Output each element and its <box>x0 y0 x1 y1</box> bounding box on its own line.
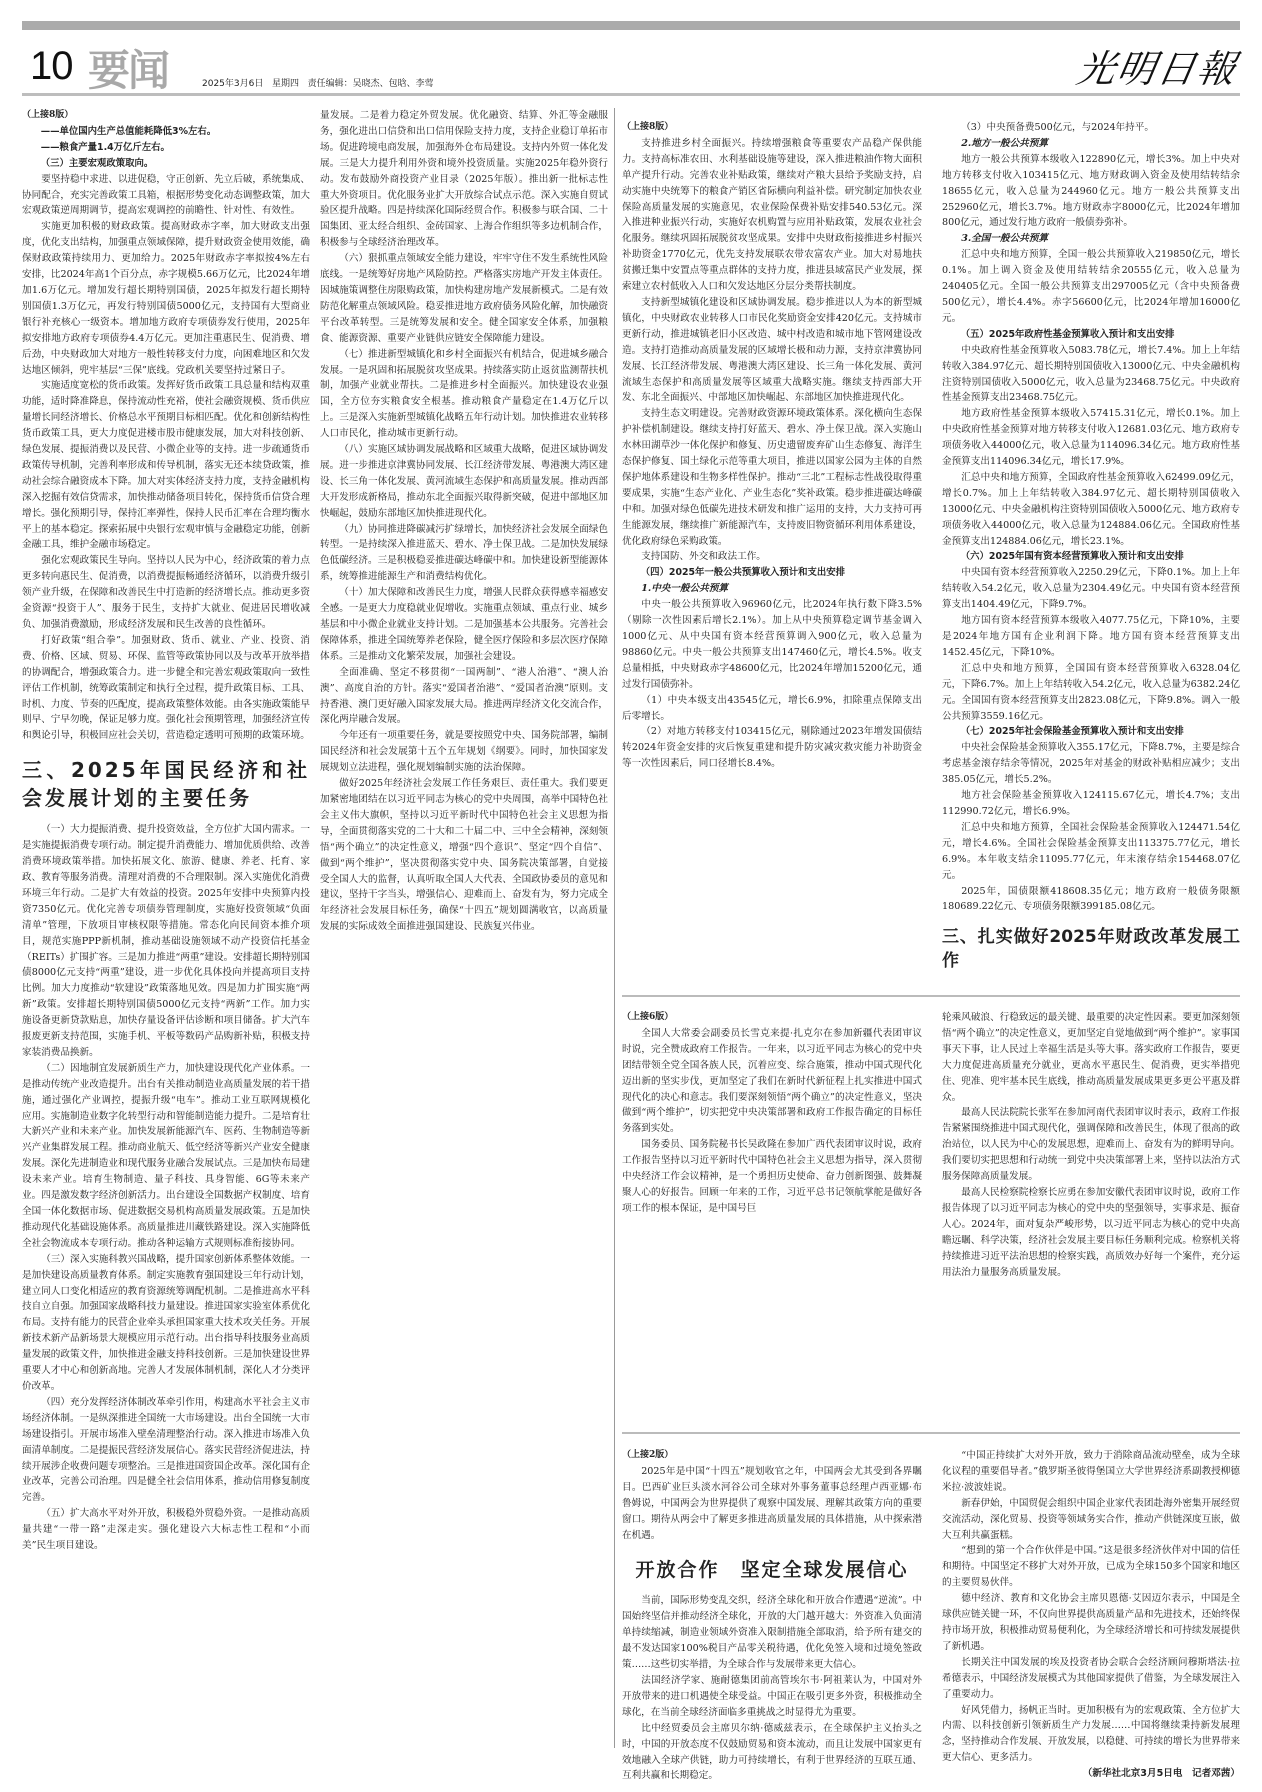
paragraph: 实施更加积极的财政政策。提高财政赤字率，加大财政支出强度，优化支出结构，加强重点… <box>22 219 310 378</box>
paragraph: 今年还有一项重要任务，就是要按照党中央、国务院部署，编制国民经济和社会发展第十五… <box>320 728 608 776</box>
paragraph: 德中经济、教育和文化协会主席贝恩德·艾因迈尔表示，中国是全球供应链关键一环，不仅… <box>942 1591 1240 1655</box>
dateline: （新华社北京3月5日电 记者邓茜） <box>942 1766 1240 1782</box>
paragraph: 支持国防、外交和政法工作。 <box>622 549 922 565</box>
subhead: 2.地方一般公共预算 <box>942 136 1240 152</box>
paragraph: 国务委员、国务院秘书长吴政隆在参加广西代表团审议时说，政府工作报告坚持以习近平新… <box>622 1137 922 1217</box>
subhead: 3.全国一般公共预算 <box>942 231 1240 247</box>
paragraph: “中国正持续扩大对外开放，致力于消除商品流动壁垒，成为全球化议程的重要倡导者。”… <box>942 1448 1240 1496</box>
paragraph: 打好政策“组合拳”。加强财政、货币、就业、产业、投资、消费、价格、区域、贸易、环… <box>22 633 310 744</box>
paragraph: 2025年，国债限额418608.35亿元；地方政府一般债务限额180689.2… <box>942 884 1240 916</box>
masthead-bottom-bar <box>22 93 1240 96</box>
masthead: 10 要闻 2025年3月6日 星期四 责任编辑：吴晓杰、包晗、李莺 光明日報 <box>22 34 1240 92</box>
subhead: 1.中央一般公共预算 <box>622 581 922 597</box>
article-divider <box>622 1432 1240 1434</box>
page-number: 10 <box>30 44 73 89</box>
paragraph: 好风凭借力，扬帆正当时。更加积极有为的宏观政策、全方位扩大内需、以科技创新引领新… <box>942 1703 1240 1767</box>
paragraph: 新春伊始，中国贸促会组织中国企业家代表团赴海外密集开展经贸交流活动，深化贸易、投… <box>942 1496 1240 1544</box>
paragraph: 长期关注中国发展的埃及投资者协会联合会经济顾问穆斯塔法·拉希德表示，中国经济发展… <box>942 1655 1240 1703</box>
paragraph: “想到的第一个合作伙伴是中国。”这是很多经济伙伴对中国的信任和期待。中国坚定不移… <box>942 1543 1240 1591</box>
paragraph: 全面准确、坚定不移贯彻“一国两制”、“港人治港”、“澳人治澳”、高度自治的方针。… <box>320 665 608 729</box>
article2-right: 轮乘风破浪、行稳致远的最关键、最重要的决定性因素。要更加深刻领悟“两个确立”的决… <box>942 1010 1240 1420</box>
paragraph: 实施适度宽松的货币政策。发挥好货币政策工具总量和结构双重功能，适时降准降息，保持… <box>22 378 310 553</box>
section-heading: 三、2025年国民经济和社会发展计划的主要任务 <box>22 756 310 812</box>
budget-column-4: （3）中央预备费500亿元，与2024年持平。 2.地方一般公共预算 地方一般公… <box>942 120 1240 980</box>
subhead: （六）2025年国有资本经营预算收入预计和支出安排 <box>942 549 1240 565</box>
continued-label: （上接8版） <box>22 108 310 124</box>
paragraph: 法国经济学家、施耐德集团前高管埃尔韦·阿祖莱认为，中国对外开放带来的进口机遇使全… <box>622 1673 922 1721</box>
paragraph: 汇总中央和地方预算，全国政府性基金预算收入62499.09亿元，增长0.7%。加… <box>942 470 1240 550</box>
paragraph: 中央社会保险基金预算收入355.17亿元，下降8.7%，主要是综合考虑基金滚存结… <box>942 740 1240 788</box>
report-column-1: （上接8版） ——单位国内生产总值能耗降低3%左右。 ——粮食产量1.4万亿斤左… <box>22 108 310 1784</box>
paragraph: （三）深入实施科教兴国战略，提升国家创新体系整体效能。一是加快建设高质量教育体系… <box>22 1252 310 1395</box>
paragraph: 比中经贸委员会主席贝尔纳·德威兹表示，在全球保护主义抬头之时，中国的开放态度不仅… <box>622 1721 922 1785</box>
continued-label: （上接8版） <box>622 120 922 136</box>
paragraph: 地方国有资本经营预算本级收入4077.75亿元，下降10%，主要是2024年地方… <box>942 613 1240 661</box>
issue-date: 2025年3月6日 <box>202 79 263 89</box>
article-divider <box>622 995 1240 997</box>
paragraph: 汇总中央和地方预算，全国社会保险基金预算收入124471.54亿元，增长4.6%… <box>942 820 1240 884</box>
budget-column-3: （上接8版） 支持推进乡村全面振兴。持续增强粮食等重要农产品稳产保供能力。支持高… <box>622 120 922 980</box>
paragraph: 支持新型城镇化建设和区域协调发展。稳步推进以人为本的新型城镇化，中央财政农业转移… <box>622 295 922 406</box>
target-bullet: ——单位国内生产总值能耗降低3%左右。 <box>22 124 310 140</box>
paragraph: 支持生态文明建设。完善财政资源环境政策体系。深化横向生态保护补偿机制建设。继续支… <box>622 406 922 549</box>
subhead: （七）2025年社会保险基金预算收入预计和支出安排 <box>942 724 1240 740</box>
paragraph: 最高人民检察院检察长应勇在参加安徽代表团审议时说，政府工作报告体现了以习近平同志… <box>942 1185 1240 1280</box>
paragraph: 全国人大常委会副委员长雪克来提·扎克尔在参加新疆代表团审议时说，完全赞成政府工作… <box>622 1026 922 1137</box>
paragraph: 汇总中央和地方预算，全国一般公共预算收入219850亿元，增长0.1%。加上调入… <box>942 247 1240 327</box>
paragraph: 2025年是中国“十四五”规划收官之年，中国两会尤其受到各界瞩目。巴西矿业巨头淡… <box>622 1464 922 1544</box>
subhead: （四）2025年一般公共预算收入预计和支出安排 <box>622 565 922 581</box>
paragraph: （1）中央本级支出43545亿元，增长6.9%，扣除重点保障支出后零增长。 <box>622 693 922 725</box>
paragraph: 汇总中央和地方预算，全国国有资本经营预算收入6328.04亿元，下降6.7%。加… <box>942 661 1240 725</box>
paragraph: （2）对地方转移支付103415亿元，剔除通过2023年增发国债结转2024年资… <box>622 724 922 772</box>
issue-meta: 2025年3月6日 星期四 责任编辑：吴晓杰、包晗、李莺 <box>202 76 434 89</box>
paragraph: （二）因地制宜发展新质生产力，加快建设现代化产业体系。一是推动传统产业改造提升。… <box>22 1061 310 1252</box>
column-divider <box>614 108 615 1748</box>
paragraph: 地方一般公共预算本级收入122890亿元，增长3%。加上中央对地方转移支付收入1… <box>942 152 1240 232</box>
article3-left: （上接2版） 2025年是中国“十四五”规划收官之年，中国两会尤其受到各界瞩目。… <box>622 1448 922 1788</box>
paragraph: 强化宏观政策民生导向。坚持以人民为中心，经济政策的着力点更多转向惠民生、促消费，… <box>22 553 310 633</box>
masthead-top-bar <box>22 21 1240 30</box>
paragraph: （一）大力提振消费、提升投资效益，全方位扩大国内需求。一是实施提振消费专项行动。… <box>22 822 310 1061</box>
paragraph: （八）实施区域协调发展战略和区域重大战略，促进区域协调发展。进一步推进京津冀协同… <box>320 442 608 522</box>
paragraph: （3）中央预备费500亿元，与2024年持平。 <box>942 120 1240 136</box>
paragraph: 最高人民法院院长张军在参加河南代表团审议时表示，政府工作报告紧紧围绕推进中国式现… <box>942 1105 1240 1185</box>
editors: 责任编辑：吴晓杰、包晗、李莺 <box>308 79 434 89</box>
newspaper-logo: 光明日報 <box>1073 38 1243 93</box>
paragraph: 支持推进乡村全面振兴。持续增强粮食等重要农产品稳产保供能力。支持高标准农田、水利… <box>622 136 922 295</box>
section-name: 要闻 <box>88 38 168 98</box>
paragraph: （六）狠抓重点领域安全能力建设，牢牢守住不发生系统性风险底线。一是统筹好房地产风… <box>320 251 608 346</box>
continued-label: （上接6版） <box>622 1010 922 1026</box>
article2-left: （上接6版） 全国人大常委会副委员长雪克来提·扎克尔在参加新疆代表团审议时说，完… <box>622 1010 922 1420</box>
paragraph: 中央国有资本经营预算收入2250.29亿元，下降0.1%。加上上年结转收入54.… <box>942 565 1240 613</box>
paragraph: （七）推进新型城镇化和乡村全面振兴有机结合，促进城乡融合发展。一是巩固和拓展脱贫… <box>320 347 608 442</box>
paragraph: 要坚持稳中求进、以进促稳，守正创新、先立后破，系统集成、协同配合，充实完善政策工… <box>22 172 310 220</box>
paragraph: （九）协同推进降碳减污扩绿增长，加快经济社会发展全面绿色转型。一是持续深入推进蓝… <box>320 522 608 586</box>
report-column-2: 量发展。二是着力稳定外贸发展。优化融资、结算、外汇等金融服务，强化进出口信贷和出… <box>320 108 608 1744</box>
paragraph: （五）扩大高水平对外开放，积极稳外贸稳外资。一是推动高质量共建“一带一路”走深走… <box>22 1506 310 1554</box>
paragraph: 中央政府性基金预算收入5083.78亿元，增长7.4%。加上上年结转收入384.… <box>942 343 1240 407</box>
article-title: 开放合作 坚定全球发展信心 <box>622 1557 922 1583</box>
paragraph: 量发展。二是着力稳定外贸发展。优化融资、结算、外汇等金融服务，强化进出口信贷和出… <box>320 108 608 251</box>
section-heading: 三、扎实做好2025年财政改革发展工作 <box>942 925 1240 973</box>
article3-right: “中国正持续扩大对外开放，致力于消除商品流动壁垒，成为全球化议程的重要倡导者。”… <box>942 1448 1240 1788</box>
paragraph: 地方政府性基金预算本级收入57415.31亿元，增长0.1%。加上中央政府性基金… <box>942 406 1240 470</box>
subhead: （三）主要宏观政策取向。 <box>22 156 310 172</box>
continued-label: （上接2版） <box>622 1448 922 1464</box>
paragraph: 当前，国际形势变乱交织，经济全球化和开放合作遭遇“逆流”。中国始终坚信并推动经济… <box>622 1593 922 1673</box>
paragraph: （十）加大保障和改善民生力度，增强人民群众获得感幸福感安全感。一是更大力度稳就业… <box>320 585 608 665</box>
paragraph: 中央一般公共预算收入96960亿元，比2024年执行数下降3.5%（剔除一次性因… <box>622 597 922 692</box>
subhead: （五）2025年政府性基金预算收入预计和支出安排 <box>942 327 1240 343</box>
paragraph: 地方社会保险基金预算收入124115.67亿元，增长4.7%；支出112990.… <box>942 788 1240 820</box>
target-bullet: ——粮食产量1.4万亿斤左右。 <box>22 140 310 156</box>
paragraph: 轮乘风破浪、行稳致远的最关键、最重要的决定性因素。要更加深刻领悟“两个确立”的决… <box>942 1010 1240 1105</box>
paragraph: 做好2025年经济社会发展工作任务艰巨、责任重大。我们要更加紧密地团结在以习近平… <box>320 776 608 935</box>
issue-weekday: 星期四 <box>272 79 299 89</box>
paragraph: （四）充分发挥经济体制改革牵引作用，构建高水平社会主义市场经济体制。一是纵深推进… <box>22 1395 310 1506</box>
